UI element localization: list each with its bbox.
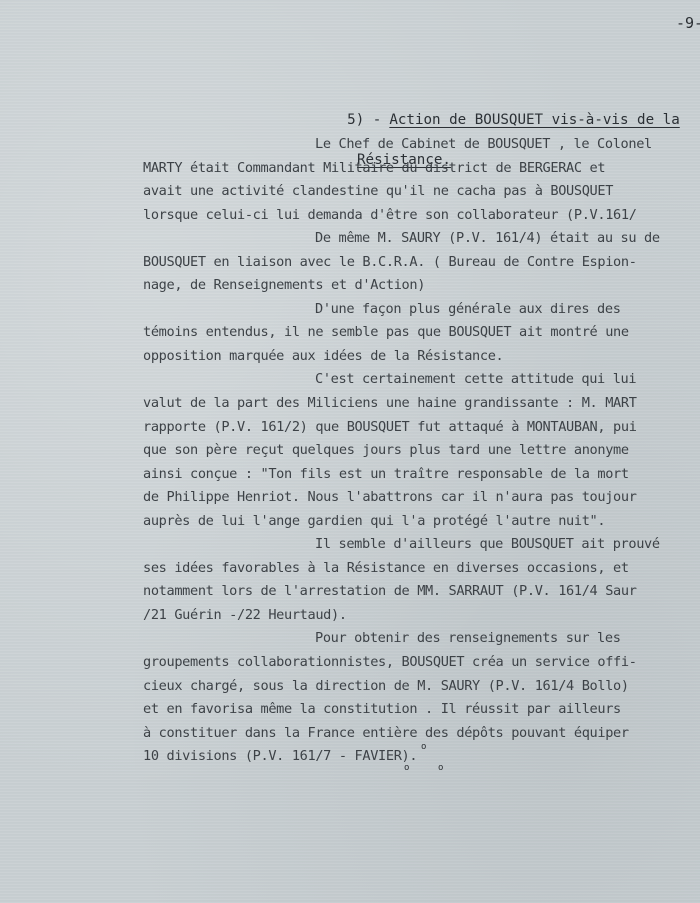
- text-line: groupements collaborationnistes, BOUSQUE…: [143, 651, 700, 675]
- paragraph: Le Chef de Cabinet de BOUSQUET , le Colo…: [143, 133, 700, 227]
- text-line: valut de la part des Miliciens une haine…: [143, 392, 700, 416]
- text-line: Il semble d'ailleurs que BOUSQUET ait pr…: [143, 533, 700, 557]
- section-number: 5) -: [347, 112, 381, 128]
- text-line: auprès de lui l'ange gardien qui l'a pro…: [143, 510, 700, 534]
- ornament-dot: o: [438, 763, 443, 773]
- text-line: MARTY était Commandant Militaire du dist…: [143, 157, 700, 181]
- ornament-dot: o: [404, 763, 409, 773]
- text-line: De même M. SAURY (P.V. 161/4) était au s…: [143, 227, 700, 251]
- text-line: que son père reçut quelques jours plus t…: [143, 439, 700, 463]
- paragraph: De même M. SAURY (P.V. 161/4) était au s…: [143, 227, 700, 298]
- text-line: avait une activité clandestine qu'il ne …: [143, 180, 700, 204]
- text-line: Le Chef de Cabinet de BOUSQUET , le Colo…: [143, 133, 700, 157]
- text-line: notamment lors de l'arrestation de MM. S…: [143, 580, 700, 604]
- page-number: -9-: [676, 14, 700, 32]
- text-line: nage, de Renseignements et d'Action): [143, 274, 700, 298]
- text-line: rapporte (P.V. 161/2) que BOUSQUET fut a…: [143, 416, 700, 440]
- document-body: Le Chef de Cabinet de BOUSQUET , le Colo…: [143, 133, 700, 769]
- document-page: -9- 5) -Action de BOUSQUET vis-à-vis de …: [0, 0, 700, 903]
- text-line: cieux chargé, sous la direction de M. SA…: [143, 675, 700, 699]
- text-line: opposition marquée aux idées de la Résis…: [143, 345, 700, 369]
- text-line: ainsi conçue : "Ton fils est un traître …: [143, 463, 700, 487]
- text-line: ses idées favorables à la Résistance en …: [143, 557, 700, 581]
- text-line: de Philippe Henriot. Nous l'abattrons ca…: [143, 486, 700, 510]
- paragraph: Il semble d'ailleurs que BOUSQUET ait pr…: [143, 533, 700, 627]
- text-line: lorsque celui-ci lui demanda d'être son …: [143, 204, 700, 228]
- text-line: D'une façon plus générale aux dires des: [143, 298, 700, 322]
- paragraph: D'une façon plus générale aux dires dest…: [143, 298, 700, 369]
- text-line: /21 Guérin -/22 Heurtaud).: [143, 604, 700, 628]
- text-line: C'est certainement cette attitude qui lu…: [143, 368, 700, 392]
- text-line: Pour obtenir des renseignements sur les: [143, 627, 700, 651]
- section-title-line1: Action de BOUSQUET vis-à-vis de la: [389, 112, 679, 128]
- paragraph: C'est certainement cette attitude qui lu…: [143, 368, 700, 533]
- text-line: et en favorisa même la constitution . Il…: [143, 698, 700, 722]
- ornament-dot: o: [421, 742, 426, 752]
- text-line: BOUSQUET en liaison avec le B.C.R.A. ( B…: [143, 251, 700, 275]
- text-line: témoins entendus, il ne semble pas que B…: [143, 321, 700, 345]
